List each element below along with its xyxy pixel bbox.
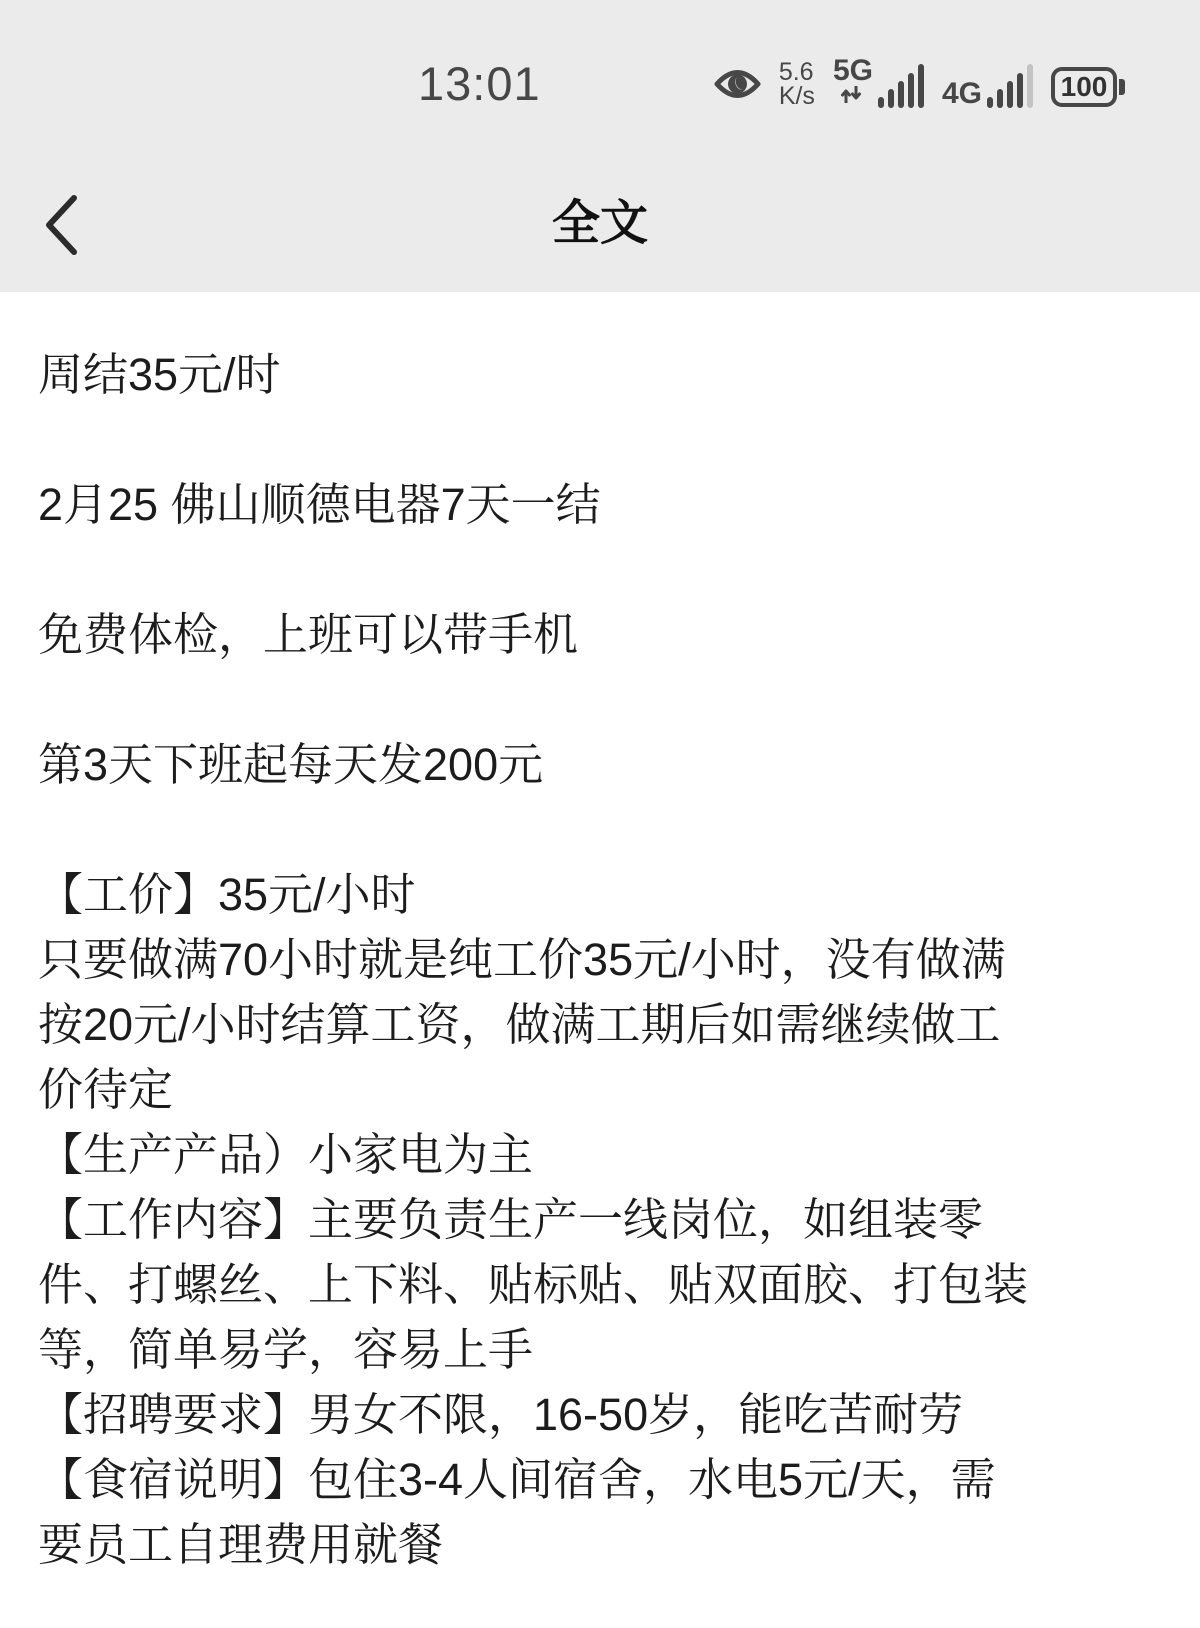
text-line: 按20元/小时结算工资，做满工期后如需继续做工 (38, 992, 1172, 1057)
text-line: 【工作内容】主要负责生产一线岗位，如组装零 (38, 1187, 1172, 1252)
battery-nub (1119, 79, 1125, 95)
text-line: 2月25 佛山顺德电器7天一结 (38, 472, 1172, 537)
eye-comfort-icon (714, 65, 761, 108)
back-button[interactable] (32, 186, 92, 266)
signal-5g-label-col: 5G (833, 57, 873, 108)
signal-4g-bars-icon (987, 64, 1033, 108)
content-lines: 周结35元/时2月25 佛山顺德电器7天一结免费体检，上班可以带手机第3天下班起… (38, 342, 1172, 1577)
page-title: 全文 (0, 184, 1200, 253)
text-line: 【生产产品）小家电为主 (38, 1122, 1172, 1187)
text-line: 【工价】35元/小时 (38, 862, 1172, 927)
battery-icon: 100 (1051, 67, 1125, 108)
signal-5g-bars-icon (878, 64, 924, 108)
text-line-blank (38, 537, 1172, 602)
network-speed-value: 5.6 (779, 60, 814, 84)
data-activity-arrows-icon (841, 86, 865, 108)
chevron-left-icon (45, 194, 79, 259)
text-line: 要员工自理费用就餐 (38, 1512, 1172, 1577)
text-line: 等，简单易学，容易上手 (38, 1317, 1172, 1382)
network-speed-unit: K/s (779, 84, 815, 108)
text-line-blank (38, 797, 1172, 862)
phone-screen: 13:01 5.6 K/s 5G (0, 0, 1200, 1628)
text-line: 第3天下班起每天发200元 (38, 732, 1172, 797)
text-line: 件、打螺丝、上下料、贴标贴、贴双面胶、打包装 (38, 1252, 1172, 1317)
text-line: 周结35元/时 (38, 342, 1172, 407)
text-line: 【招聘要求】男女不限，16-50岁，能吃苦耐劳 (38, 1382, 1172, 1447)
signal-4g-label: 4G (942, 80, 982, 108)
signal-5g: 5G (833, 57, 924, 108)
signal-5g-label: 5G (833, 57, 873, 85)
text-line: 价待定 (38, 1057, 1172, 1122)
signal-4g-label-col: 4G (942, 80, 982, 108)
status-icons-cluster: 5.6 K/s 5G (714, 58, 1125, 108)
text-line-blank (38, 407, 1172, 472)
text-line-blank (38, 667, 1172, 732)
article-content[interactable]: 周结35元/时2月25 佛山顺德电器7天一结免费体检，上班可以带手机第3天下班起… (0, 292, 1200, 1628)
battery-level: 100 (1051, 67, 1117, 107)
status-time: 13:01 (418, 56, 541, 111)
network-speed: 5.6 K/s (779, 60, 815, 108)
text-line: 【食宿说明】包住3-4人间宿舍，水电5元/天，需 (38, 1447, 1172, 1512)
header: 13:01 5.6 K/s 5G (0, 0, 1200, 292)
text-line: 只要做满70小时就是纯工价35元/小时，没有做满 (38, 927, 1172, 992)
signal-4g: 4G (942, 64, 1033, 108)
text-line: 免费体检，上班可以带手机 (38, 602, 1172, 667)
